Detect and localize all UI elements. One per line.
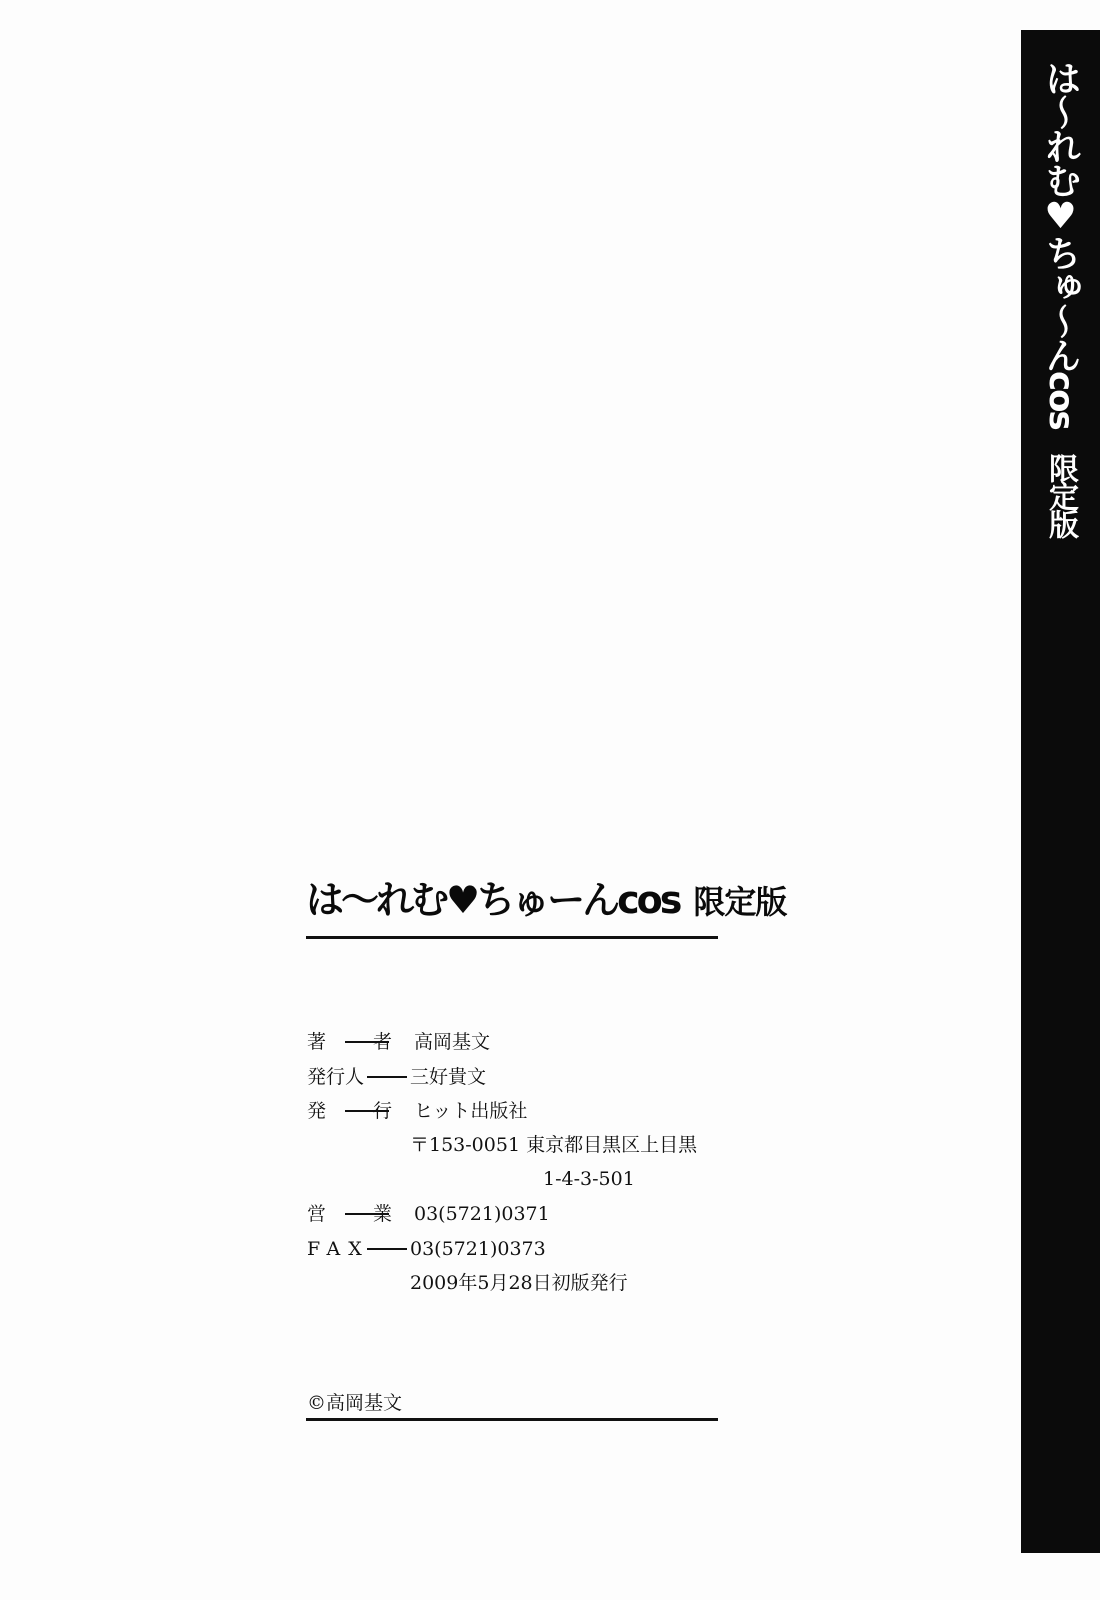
publisher-person-label: 発行人 — [307, 1063, 367, 1091]
dash-divider — [345, 1110, 389, 1112]
address-line-2: 1-4-3-501 — [543, 1165, 635, 1193]
dash-divider — [367, 1076, 407, 1078]
fax-row: FAX 03(5721)0373 — [307, 1235, 546, 1263]
colophon-page: は〜れむ♥ちゅ〜んcos限定版 は〜れむ♥ちゅーんcos限定版 著 者 高岡基文… — [0, 0, 1100, 1600]
title-divider — [306, 936, 718, 939]
sales-row: 営 業 03(5721)0371 — [307, 1200, 550, 1228]
fax-number: 03(5721)0373 — [410, 1235, 546, 1263]
copyright: ©高岡基文 — [307, 1389, 402, 1417]
author-row: 著 者 高岡基文 — [307, 1028, 490, 1056]
publisher-value: ヒット出版社 — [414, 1097, 527, 1125]
publisher-row: 発 行 ヒット出版社 — [307, 1097, 527, 1125]
dash-divider — [367, 1248, 407, 1250]
spine-title-latin: cos — [1021, 371, 1100, 429]
book-title-text: は〜れむ♥ちゅーんcos — [306, 878, 679, 922]
copyright-divider — [306, 1418, 718, 1421]
spine-edition: 限定版 — [1021, 453, 1100, 537]
publication-date: 2009年5月28日初版発行 — [410, 1269, 628, 1297]
dash-divider — [345, 1213, 389, 1215]
spine-title-main: は〜れむ♥ちゅ〜ん — [1021, 60, 1100, 371]
publisher-person-value: 三好貴文 — [410, 1063, 486, 1091]
book-spine: は〜れむ♥ちゅ〜んcos限定版 — [1021, 30, 1100, 1553]
author-value: 高岡基文 — [414, 1028, 490, 1056]
spine-title: は〜れむ♥ちゅ〜んcos限定版 — [1021, 60, 1100, 537]
publisher-person-row: 発行人 三好貴文 — [307, 1063, 486, 1091]
fax-label: FAX — [307, 1235, 367, 1263]
book-edition: 限定版 — [693, 883, 786, 921]
dash-divider — [345, 1041, 389, 1043]
address-line-1: 〒153-0051 東京都目黒区上目黒 — [410, 1131, 697, 1159]
book-title: は〜れむ♥ちゅーんcos限定版 — [306, 870, 726, 930]
sales-phone: 03(5721)0371 — [414, 1200, 550, 1228]
